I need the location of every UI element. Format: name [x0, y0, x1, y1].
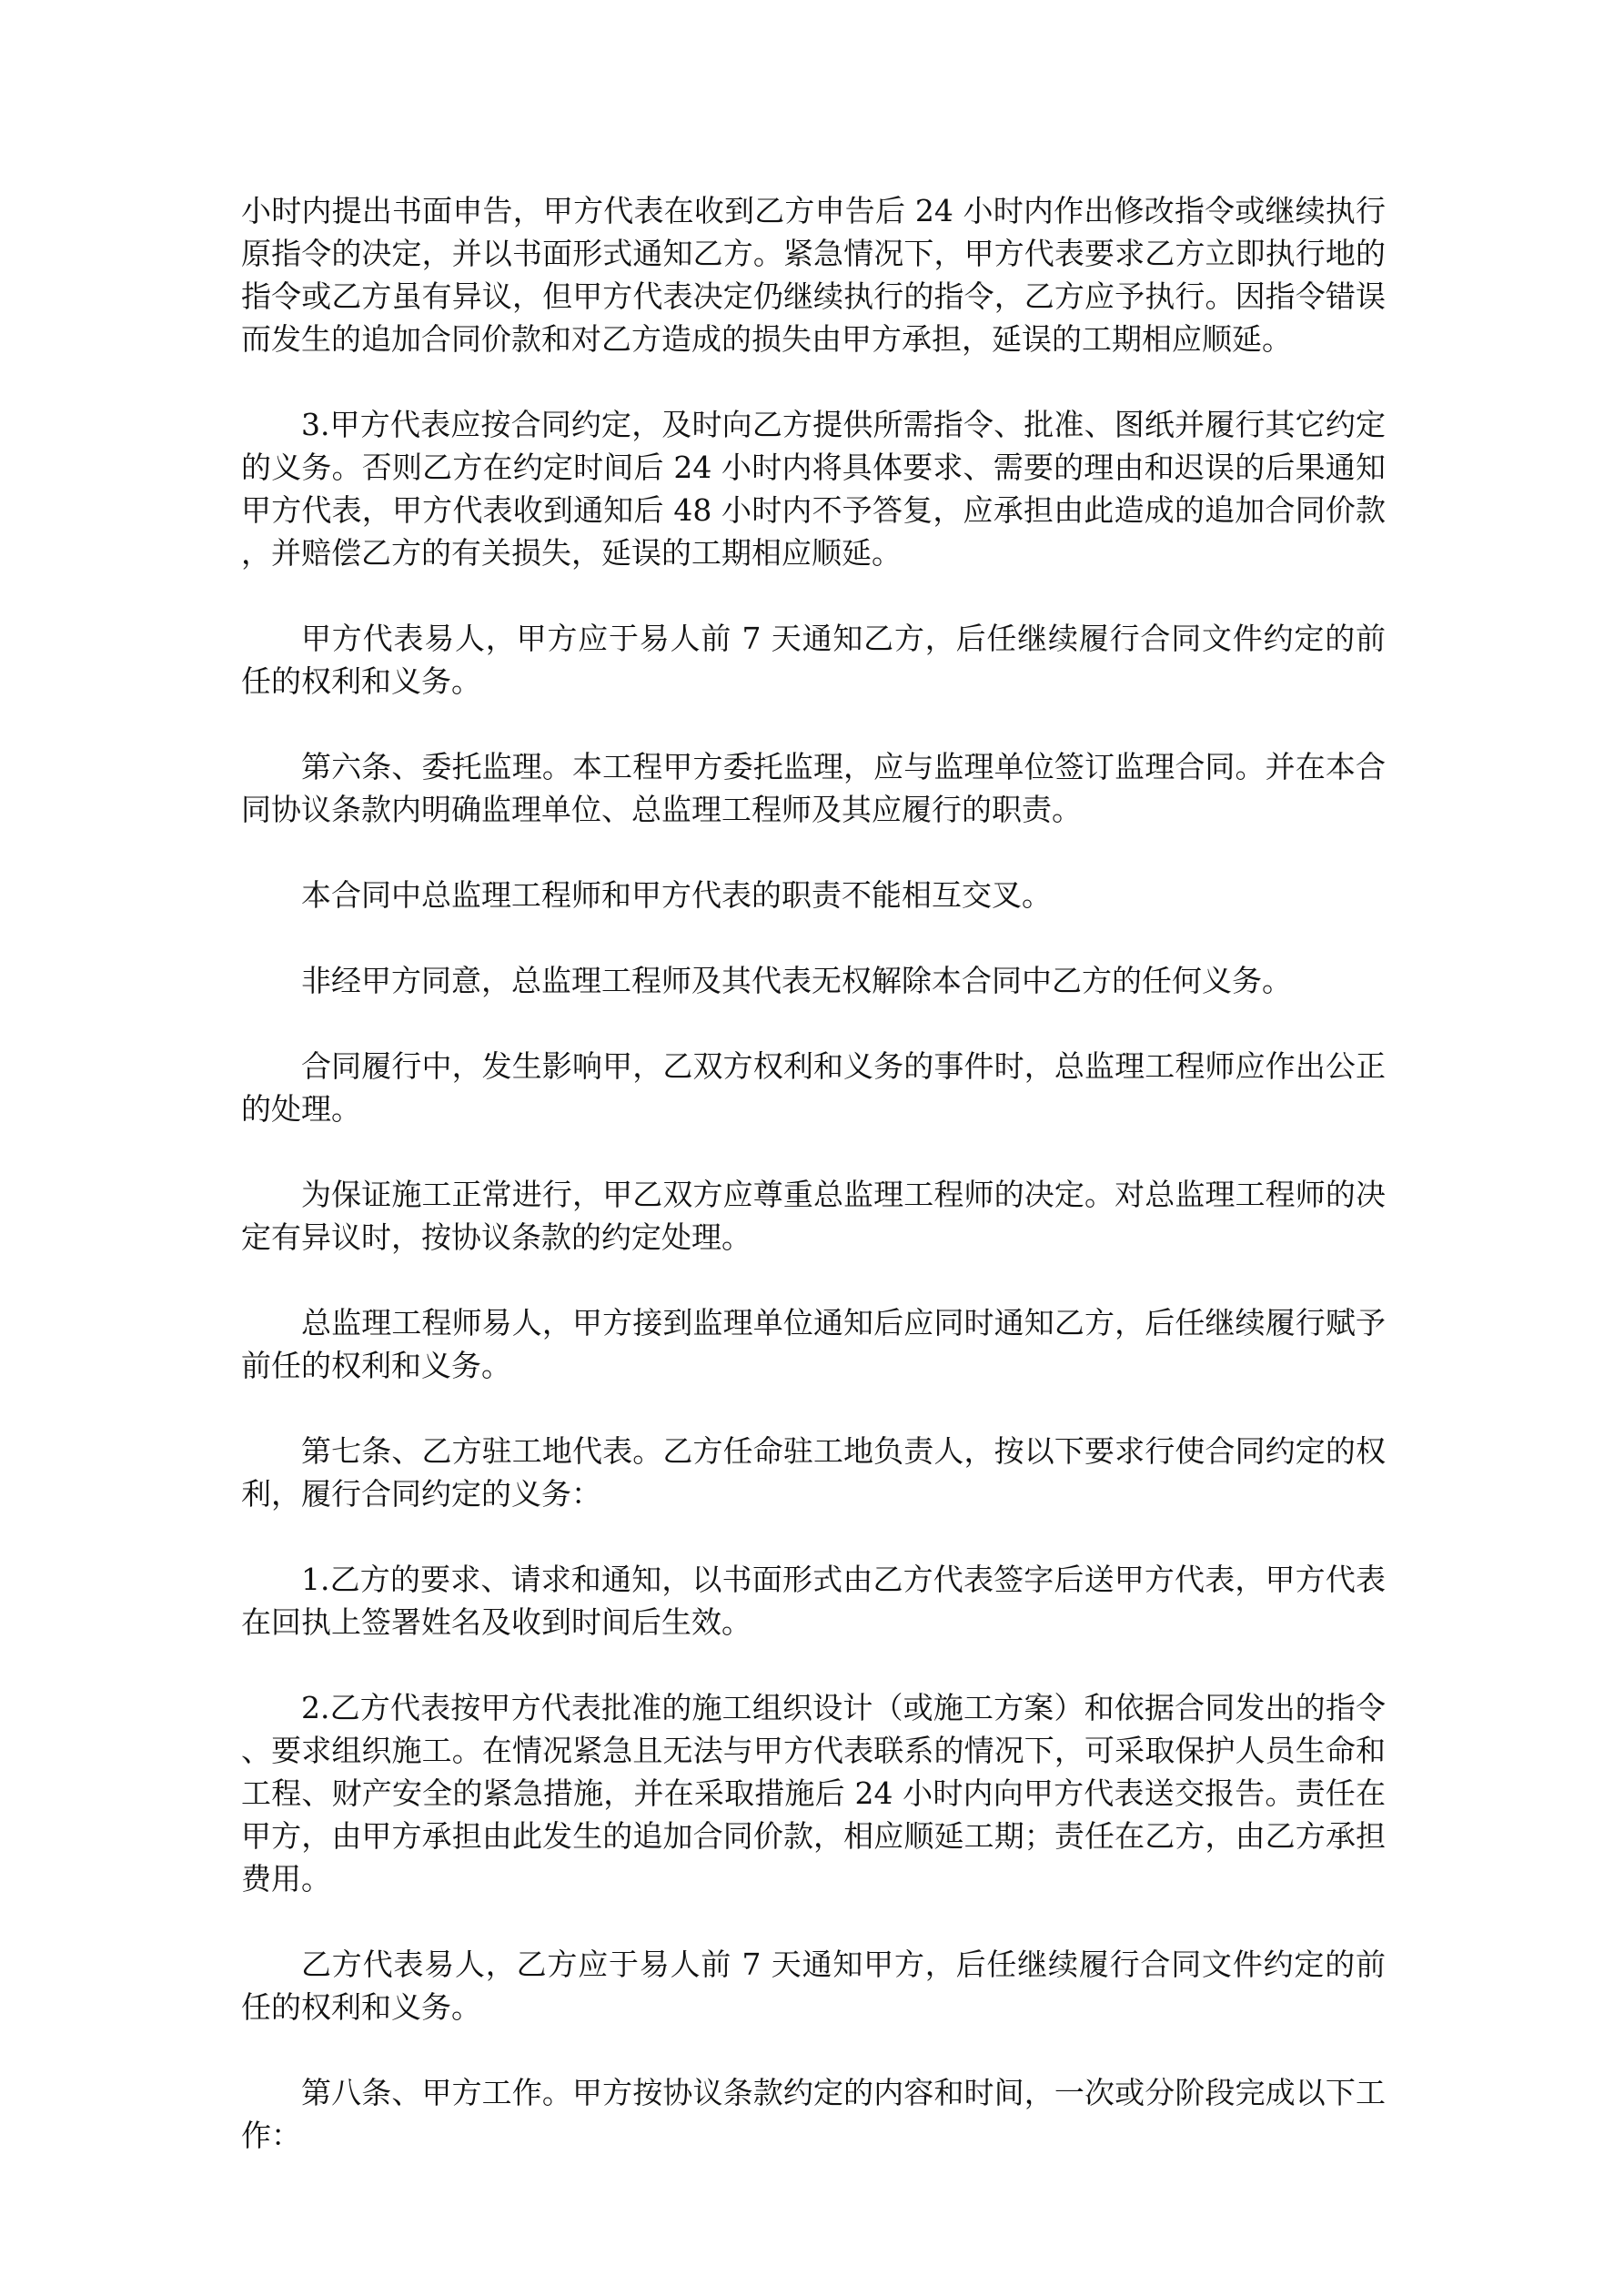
paragraph-no-release-of-obligations: 非经甲方同意，总监理工程师及其代表无权解除本合同中乙方的任何义务。: [241, 959, 1386, 1002]
paragraph-clause-1-written-requests: 1.乙方的要求、请求和通知，以书面形式由乙方代表签字后送甲方代表，甲方代表在回执…: [241, 1558, 1386, 1644]
paragraph-fair-handling: 合同履行中，发生影响甲，乙双方权利和义务的事件时，总监理工程师应作出公正的处理。: [241, 1045, 1386, 1130]
paragraph-article-7-site-representative: 第七条、乙方驻工地代表。乙方任命驻工地负责人，按以下要求行使合同约定的权利，履行…: [241, 1430, 1386, 1515]
paragraph-party-b-representative-change: 乙方代表易人，乙方应于易人前 7 天通知甲方，后任继续履行合同文件约定的前任的权…: [241, 1943, 1386, 2028]
document-page: 小时内提出书面申告，甲方代表在收到乙方申告后 24 小时内作出修改指令或继续执行…: [241, 189, 1386, 2200]
paragraph-article-6-supervision: 第六条、委托监理。本工程甲方委托监理，应与监理单位签订监理合同。并在本合同协议条…: [241, 745, 1386, 831]
paragraph-respect-decisions: 为保证施工正常进行，甲乙双方应尊重总监理工程师的决定。对总监理工程师的决定有异议…: [241, 1173, 1386, 1259]
paragraph-continuation-instruction-handling: 小时内提出书面申告，甲方代表在收到乙方申告后 24 小时内作出修改指令或继续执行…: [241, 189, 1386, 360]
paragraph-chief-engineer-change: 总监理工程师易人，甲方接到监理单位通知后应同时通知乙方，后任继续履行赋予前任的权…: [241, 1301, 1386, 1387]
paragraph-party-a-representative-change: 甲方代表易人，甲方应于易人前 7 天通知乙方，后任继续履行合同文件约定的前任的权…: [241, 617, 1386, 703]
paragraph-duties-no-overlap: 本合同中总监理工程师和甲方代表的职责不能相互交叉。: [241, 874, 1386, 916]
paragraph-clause-3-representative-duties: 3.甲方代表应按合同约定，及时向乙方提供所需指令、批准、图纸并履行其它约定的义务…: [241, 403, 1386, 574]
paragraph-article-8-party-a-work: 第八条、甲方工作。甲方按协议条款约定的内容和时间，一次或分阶段完成以下工作：: [241, 2071, 1386, 2157]
paragraph-clause-2-construction-organization: 2.乙方代表按甲方代表批准的施工组织设计（或施工方案）和依据合同发出的指令、要求…: [241, 1686, 1386, 1900]
